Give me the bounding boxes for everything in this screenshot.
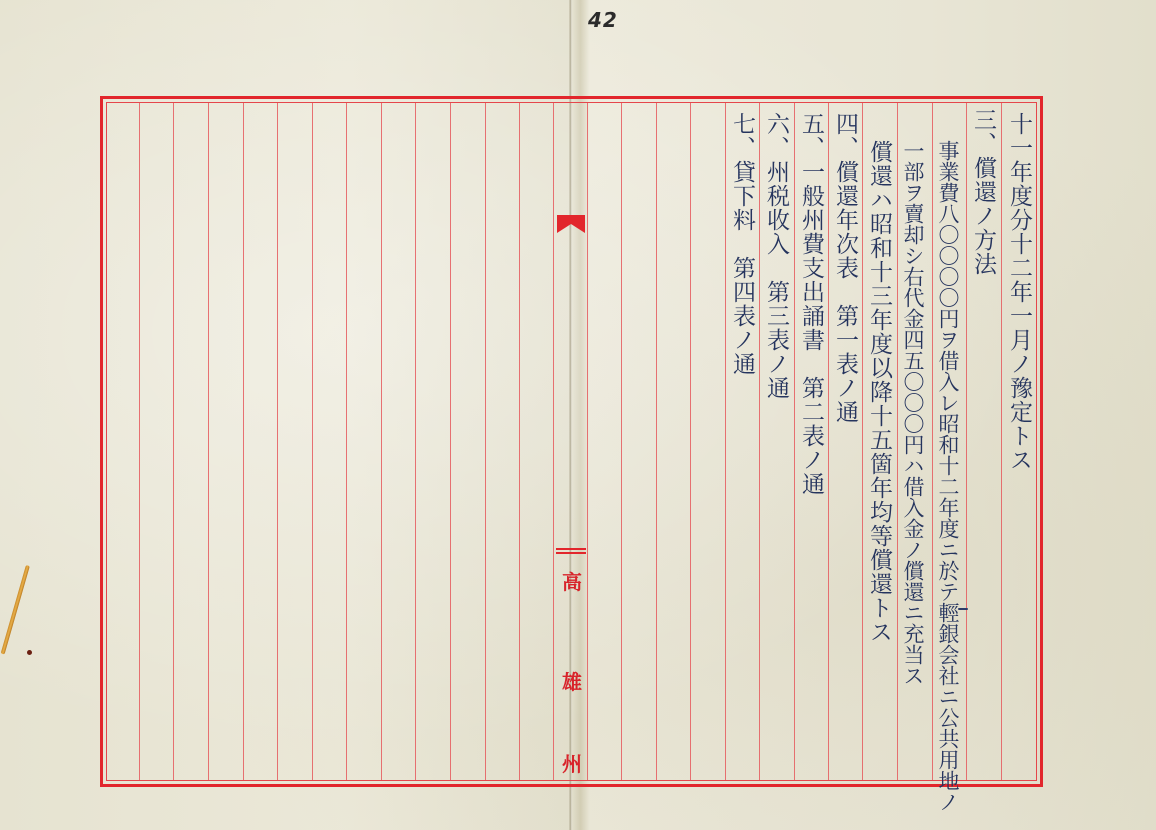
text-column-7: 五、一般州費支出誦書 第二表ノ通 [796,112,826,496]
text-column-8: 六、州税收入 第三表ノ通 [761,112,791,400]
text-column-1: 十一年度分十二年一月ノ豫定トス [1004,112,1034,472]
office-name-char: 高 [560,566,584,595]
text-column-6: 四、償還年次表 第一表ノ通 [830,112,860,424]
fishtail-mark-icon [557,215,585,233]
text-column-4: 一部ヲ賣却シ右代金四五〇〇〇円ハ借入金ノ償還ニ充当ス [899,140,927,686]
office-name-bar [556,548,586,554]
office-name-char: 雄 [560,666,584,695]
text-column-2: 三、償還ノ方法 [968,108,998,276]
page-number: 42 [588,8,618,32]
text-column-9: 七、貸下料 第四表ノ通 [727,112,757,376]
wood-splinter-tip [27,650,32,655]
ink-mark [958,608,968,610]
text-column-5: 償還ハ昭和十三年度以降十五箇年均等償還トス [864,140,894,644]
office-name-char: 州 [560,748,584,777]
text-column-3: 事業費八〇〇〇〇円ヲ借入レ昭和十二年度ニ於テ輕銀会社ニ公共用地ノ [934,140,962,812]
